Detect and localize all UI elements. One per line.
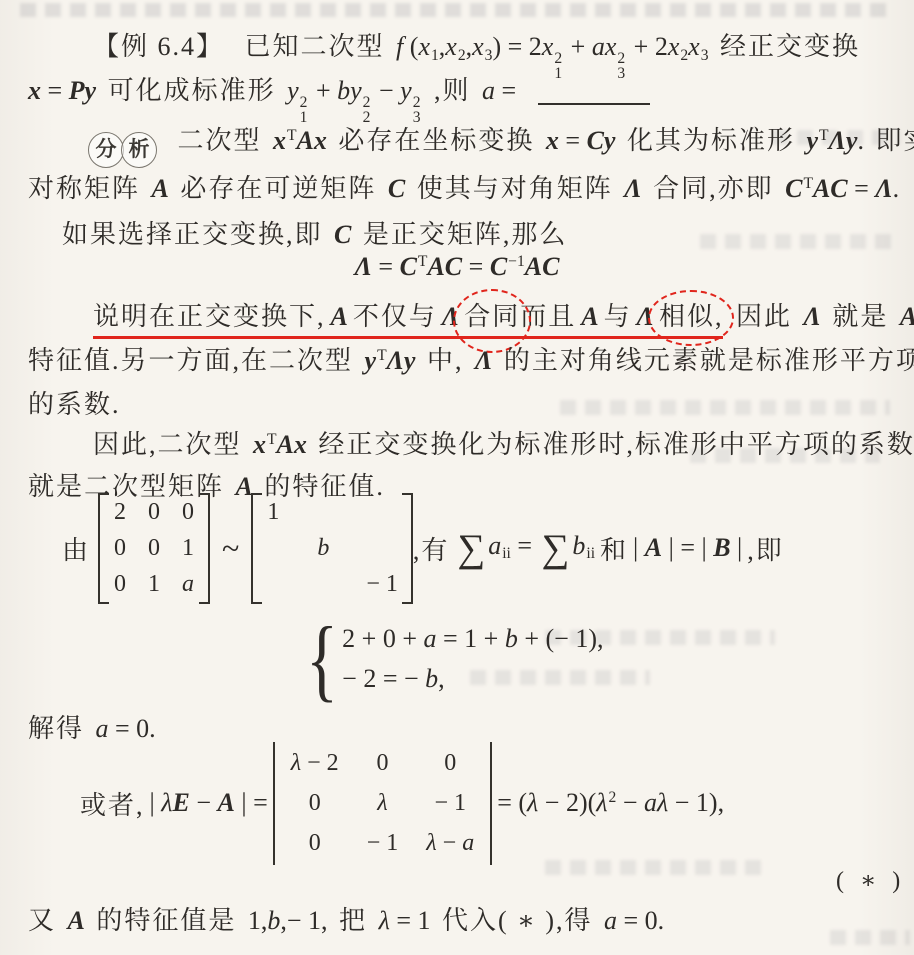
math-Lambda: Λ xyxy=(803,302,820,331)
matrix-cell xyxy=(366,499,398,526)
body-line: 的系数. xyxy=(28,384,121,421)
text-fragment: 必存在坐标变换 xyxy=(338,126,534,155)
text-fragment: 代入( ∗ ),得 xyxy=(442,906,593,935)
determinant-cell: − 1 xyxy=(367,830,399,857)
matrix-cell: 0 xyxy=(113,571,127,598)
text-fragment: 而且 xyxy=(520,302,576,331)
text-fragment: 或者, xyxy=(80,785,145,822)
red-underline: 说明在正交变换下,A不仅与Λ合同而且A与Λ相似, xyxy=(93,302,723,339)
footnote-star: ( ∗ ) xyxy=(836,866,905,895)
equation-system: { 2 + 0 + a = 1 + b + (− 1), − 2 = − b, xyxy=(300,618,603,701)
text-fragment: 把 xyxy=(339,906,367,935)
matrix-similarity-row: 由 200 001 01a ~ 1 b − 1 ,有 ∑aii = ∑bii 和… xyxy=(62,494,784,602)
text-fragment: 的系数. xyxy=(28,390,121,419)
math-trace-sums: ∑aii = ∑bii xyxy=(454,529,595,568)
math-quadratic-form: f (x1,x2,x3) = 2x21 + ax23 + 2x2x3 xyxy=(396,32,708,61)
matrix-cell: 2 xyxy=(113,499,127,526)
body-line: 因此,二次型 xTAx 经正交变换化为标准形时,标准形中平方项的系数 xyxy=(93,424,914,461)
conclusion-line: 又 A 的特征值是 1,b,− 1, 把 λ = 1 代入( ∗ ),得 a =… xyxy=(28,900,669,937)
math-x-eq-Cy: x = Cy xyxy=(546,126,616,155)
system-equations: 2 + 0 + a = 1 + b + (− 1), − 2 = − b, xyxy=(342,624,603,694)
text-fragment: 即实 xyxy=(875,126,914,155)
determinant-cell: 0 xyxy=(291,790,339,817)
analysis-badge: 分析 xyxy=(88,126,157,155)
math-xTAx: xTAx xyxy=(273,126,327,155)
math-lambda-eq-1: λ = 1 xyxy=(379,906,431,935)
matrix-cell xyxy=(266,535,280,562)
matrix-B-diagonal: 1 b − 1 xyxy=(251,493,413,604)
display-formula: Λ = CTAC = C−1AC xyxy=(0,252,914,282)
text-fragment: 化其为标准形 xyxy=(627,126,795,155)
math-Lambda: Λ xyxy=(475,346,492,375)
bleedthrough-artifact xyxy=(545,860,765,875)
determinant-cell: 0 xyxy=(426,750,474,777)
determinant-cell: − 1 xyxy=(426,790,474,817)
bleedthrough-artifact xyxy=(560,400,890,415)
math-CTAC: CTAC = Λ. xyxy=(785,174,899,203)
math-xTAx: xTAx xyxy=(253,430,307,459)
math-standard-form: y21 + by22 − y23 xyxy=(287,76,422,105)
matrix-cell xyxy=(366,535,398,562)
math-a-eq-0: a = 0. xyxy=(604,906,664,935)
matrix-cell: b xyxy=(316,535,330,562)
characteristic-determinant-row: 或者, | λE − A | = λ − 200 0λ− 1 0− 1λ − a… xyxy=(80,744,729,862)
matrix-cell: 1 xyxy=(181,535,195,562)
matrix-cell xyxy=(316,499,330,526)
text-fragment: 说明在正交变换下, xyxy=(93,302,326,331)
matrix-A: 200 001 01a xyxy=(98,493,210,604)
text-fragment: 使其与对角矩阵 xyxy=(417,174,613,203)
answer-blank-underline xyxy=(538,103,650,105)
text-fragment: 不仅与 xyxy=(353,302,437,331)
text-fragment: 如果选择正交变换,即 xyxy=(62,220,323,249)
math-Lambda-CTAC-CinvAC: Λ = CTAC = C−1AC xyxy=(355,252,560,281)
annotated-line: 说明在正交变换下,A不仅与Λ合同而且A与Λ相似, 因此 Λ 就是 A 的 xyxy=(93,296,914,333)
text-fragment: 必存在可逆矩阵 xyxy=(180,174,376,203)
math-determinant-equality: | A | = | B | xyxy=(633,533,742,563)
system-equation-1: 2 + 0 + a = 1 + b + (− 1), xyxy=(342,624,603,654)
red-circle-xiangsi: 相似, xyxy=(659,296,724,333)
determinant-cell: 0 xyxy=(291,830,339,857)
math-transform: x = Py xyxy=(28,76,96,105)
matrix-cell: 0 xyxy=(147,535,161,562)
text-fragment: 中, xyxy=(427,346,464,375)
math-C: C xyxy=(388,174,405,203)
math-C: C xyxy=(334,220,351,249)
textbook-page: 【例 6.4】 已知二次型 f (x1,x2,x3) = 2x21 + ax23… xyxy=(0,0,914,955)
text-fragment: 由 xyxy=(62,530,90,567)
bleedthrough-artifact xyxy=(700,234,900,249)
example-heading-line2: x = Py 可化成标准形 y21 + by22 − y23 ,则 a = xyxy=(28,70,650,126)
determinant-cell: λ − a xyxy=(426,830,474,857)
matrix-cell: 0 xyxy=(113,535,127,562)
text-fragment: 与 xyxy=(604,302,632,331)
math-a-eq-0: a = 0. xyxy=(96,714,156,743)
text-fragment: 可化成标准形 xyxy=(108,76,276,105)
math-Lambda: Λ xyxy=(637,302,654,331)
math-A: A xyxy=(152,174,169,203)
analysis-line: 分析 二次型 xTAx 必存在坐标变换 x = Cy 化其为标准形 yTΛy. … xyxy=(88,120,914,168)
math-yTLy: yTΛy. xyxy=(806,126,863,155)
determinant-cell: λ − 2 xyxy=(291,750,339,777)
text-fragment: 就是 xyxy=(832,302,888,331)
math-A: A xyxy=(900,302,914,331)
text-fragment: 二次型 xyxy=(178,126,262,155)
matrix-cell: 1 xyxy=(147,571,161,598)
example-tag: 【例 6.4】 xyxy=(93,32,224,61)
math-Lambda: Λ xyxy=(624,174,641,203)
similarity-tilde: ~ xyxy=(222,530,239,567)
math-A: A xyxy=(331,302,348,331)
bleedthrough-artifact xyxy=(830,930,910,945)
math-lambdaE-minus-A: | λE − A | = xyxy=(150,788,268,818)
text-fragment: 合同,亦即 xyxy=(653,174,774,203)
math-factored-result: = (λ − 2)(λ2 − aλ − 1), xyxy=(497,788,724,818)
math-eigenvalues: 1,b,− 1, xyxy=(248,906,328,935)
body-line: 特征值.另一方面,在二次型 yTΛy 中, Λ 的主对角线元素就是标准形平方项 xyxy=(28,340,914,377)
text-fragment: 是正交矩阵,那么 xyxy=(363,220,568,249)
system-brace: { xyxy=(306,618,338,701)
analysis-badge-char1: 分 xyxy=(88,132,124,168)
math-Lambda: Λ xyxy=(442,302,459,331)
text-fragment: 因此,二次型 xyxy=(93,430,242,459)
analysis-badge-char2: 析 xyxy=(121,132,157,168)
text-fragment: ,即 xyxy=(747,530,784,567)
text-fragment: 的主对角线元素就是标准形平方项 xyxy=(504,346,914,375)
determinant-cell: 0 xyxy=(367,750,399,777)
solution-line: 解得 a = 0. xyxy=(28,708,161,745)
bleedthrough-artifact xyxy=(20,3,892,17)
text-fragment: 的特征值是 xyxy=(96,906,236,935)
text-fragment: 因此 xyxy=(736,302,792,331)
text-fragment: 又 xyxy=(28,906,56,935)
text-fragment: 解得 xyxy=(28,714,84,743)
math-A: A xyxy=(581,302,598,331)
body-line: 对称矩阵 A 必存在可逆矩阵 C 使其与对角矩阵 Λ 合同,亦即 CTAC = … xyxy=(28,168,904,205)
text-fragment: 和 xyxy=(600,530,628,567)
red-circle-hetong: 合同 xyxy=(464,296,520,333)
math-yTLy: yTΛy xyxy=(365,346,416,375)
matrix-cell xyxy=(266,571,280,598)
determinant: λ − 200 0λ− 1 0− 1λ − a xyxy=(273,742,492,865)
matrix-cell: 0 xyxy=(181,499,195,526)
text-fragment: ,则 xyxy=(434,76,471,105)
text-fragment: 特征值.另一方面,在二次型 xyxy=(28,346,353,375)
system-equation-2: − 2 = − b, xyxy=(342,664,603,694)
body-line: 如果选择正交变换,即 C 是正交矩阵,那么 xyxy=(62,214,567,251)
math-a-equals: a = xyxy=(482,76,516,105)
matrix-cell: 0 xyxy=(147,499,161,526)
matrix-cell: 1 xyxy=(266,499,280,526)
matrix-cell xyxy=(316,571,330,598)
text-fragment: 已知二次型 xyxy=(245,32,385,61)
text-fragment: 对称矩阵 xyxy=(28,174,140,203)
matrix-cell: a xyxy=(181,571,195,598)
math-A: A xyxy=(68,906,85,935)
determinant-cell: λ xyxy=(367,790,399,817)
text-fragment: ,有 xyxy=(413,530,450,567)
matrix-cell: − 1 xyxy=(366,571,398,598)
text-fragment: 经正交变换化为标准形时,标准形中平方项的系数 xyxy=(318,430,914,459)
text-fragment: 经正交变换 xyxy=(720,32,860,61)
